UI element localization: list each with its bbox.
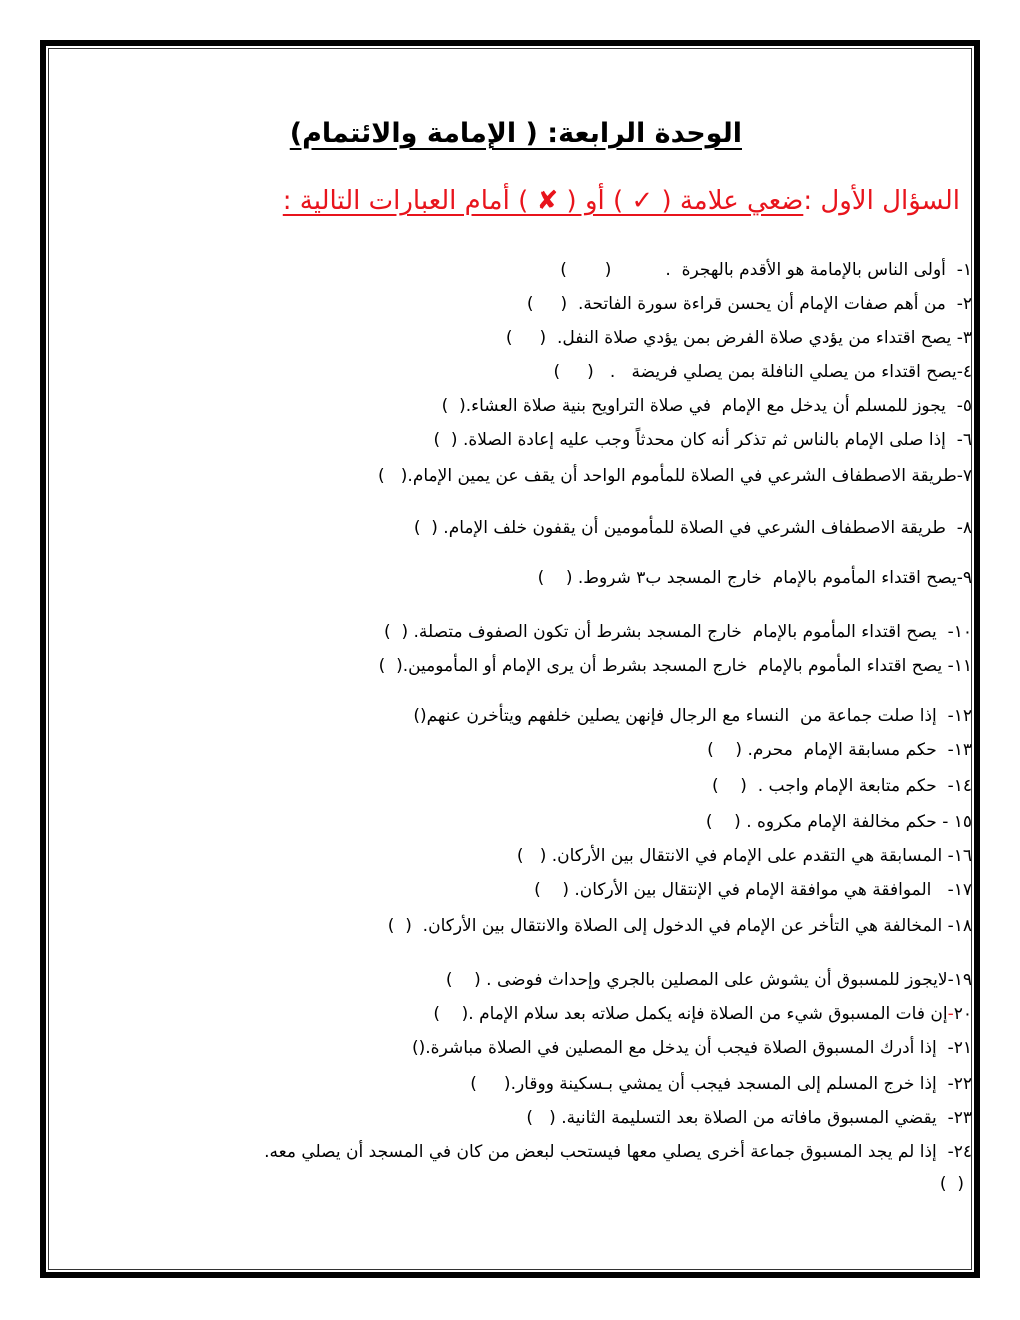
statement-20: ٢٠-إن فات المسبوق شيء من الصلاة فإنه يكم… xyxy=(433,1004,972,1024)
statement-1: ١- أولى الناس بالإمامة هو الأقدم بالهجرة… xyxy=(560,260,972,280)
statement-15: ١٥ - حكم مخالفة الإمام مكروه . ( ) xyxy=(706,812,972,832)
statement-9: ٩-يصح اقتداء المأموم بالإمام خارج المسجد… xyxy=(538,568,972,588)
statement-2: ٢- من أهم صفات الإمام أن يحسن قراءة سورة… xyxy=(527,294,972,314)
worksheet-page: الوحدة الرابعة: ( الإمامة والائتمام) الس… xyxy=(48,48,972,1270)
question-label: السؤال الأول : xyxy=(803,186,960,216)
statement-23: ٢٣- يقضي المسبوق مافاته من الصلاة بعد ال… xyxy=(526,1108,972,1128)
statement-14: ١٤- حكم متابعة الإمام واجب . ( ) xyxy=(712,776,972,796)
statement-3: ٣- يصح اقتداء من يؤدي صلاة الفرض بمن يؤد… xyxy=(506,328,972,348)
statement-5: ٥- يجوز للمسلم أن يدخل مع الإمام في صلاة… xyxy=(442,396,972,416)
statement-17: ١٧- الموافقة هي موافقة الإمام في الإنتقا… xyxy=(534,880,972,900)
statement-16: ١٦- المسابقة هي التقدم على الإمام في الا… xyxy=(517,846,972,866)
statement-13: ١٣- حكم مسابقة الإمام محرم. ( ) xyxy=(707,740,972,760)
unit-title: الوحدة الرابعة: ( الإمامة والائتمام) xyxy=(290,118,742,149)
statement-4: ٤-يصح اقتداء من يصلي النافلة بمن يصلي فر… xyxy=(553,362,972,382)
question-heading: السؤال الأول :ضعي علامة ( ✓ ) أو ( ✘ ) أ… xyxy=(283,186,960,216)
question-instruction: ضعي علامة ( ✓ ) أو ( ✘ ) أمام العبارات ا… xyxy=(283,186,804,216)
statement-22: ٢٢- إذا خرج المسلم إلى المسجد فيجب أن يم… xyxy=(470,1074,972,1094)
statement-18: ١٨- المخالفة هي التأخر عن الإمام في الدخ… xyxy=(388,916,972,936)
statement-24: ٢٤- إذا لم يجد المسبوق جماعة أخرى يصلي م… xyxy=(264,1142,972,1162)
statement-11: ١١- يصح اقتداء المأموم بالإمام خارج المس… xyxy=(379,656,972,676)
statement-24-answer: ( ) xyxy=(940,1174,964,1194)
statement-12: ١٢- إذا صلت جماعة من النساء مع الرجال فإ… xyxy=(413,706,972,726)
statement-19: ١٩-لايجوز للمسبوق أن يشوش على المصلين با… xyxy=(446,970,972,990)
statement-6: ٦- إذا صلى الإمام بالناس ثم تذكر أنه كان… xyxy=(433,430,972,450)
statement-21: ٢١- إذا أدرك المسبوق الصلاة فيجب أن يدخل… xyxy=(412,1038,972,1058)
statement-10: ١٠- يصح اقتداء المأموم بالإمام خارج المس… xyxy=(384,622,972,642)
statement-8: ٨- طريقة الاصطفاف الشرعي في الصلاة للمأم… xyxy=(414,518,972,538)
statement-7: ٧-طريقة الاصطفاف الشرعي في الصلاة للمأمو… xyxy=(378,466,972,486)
